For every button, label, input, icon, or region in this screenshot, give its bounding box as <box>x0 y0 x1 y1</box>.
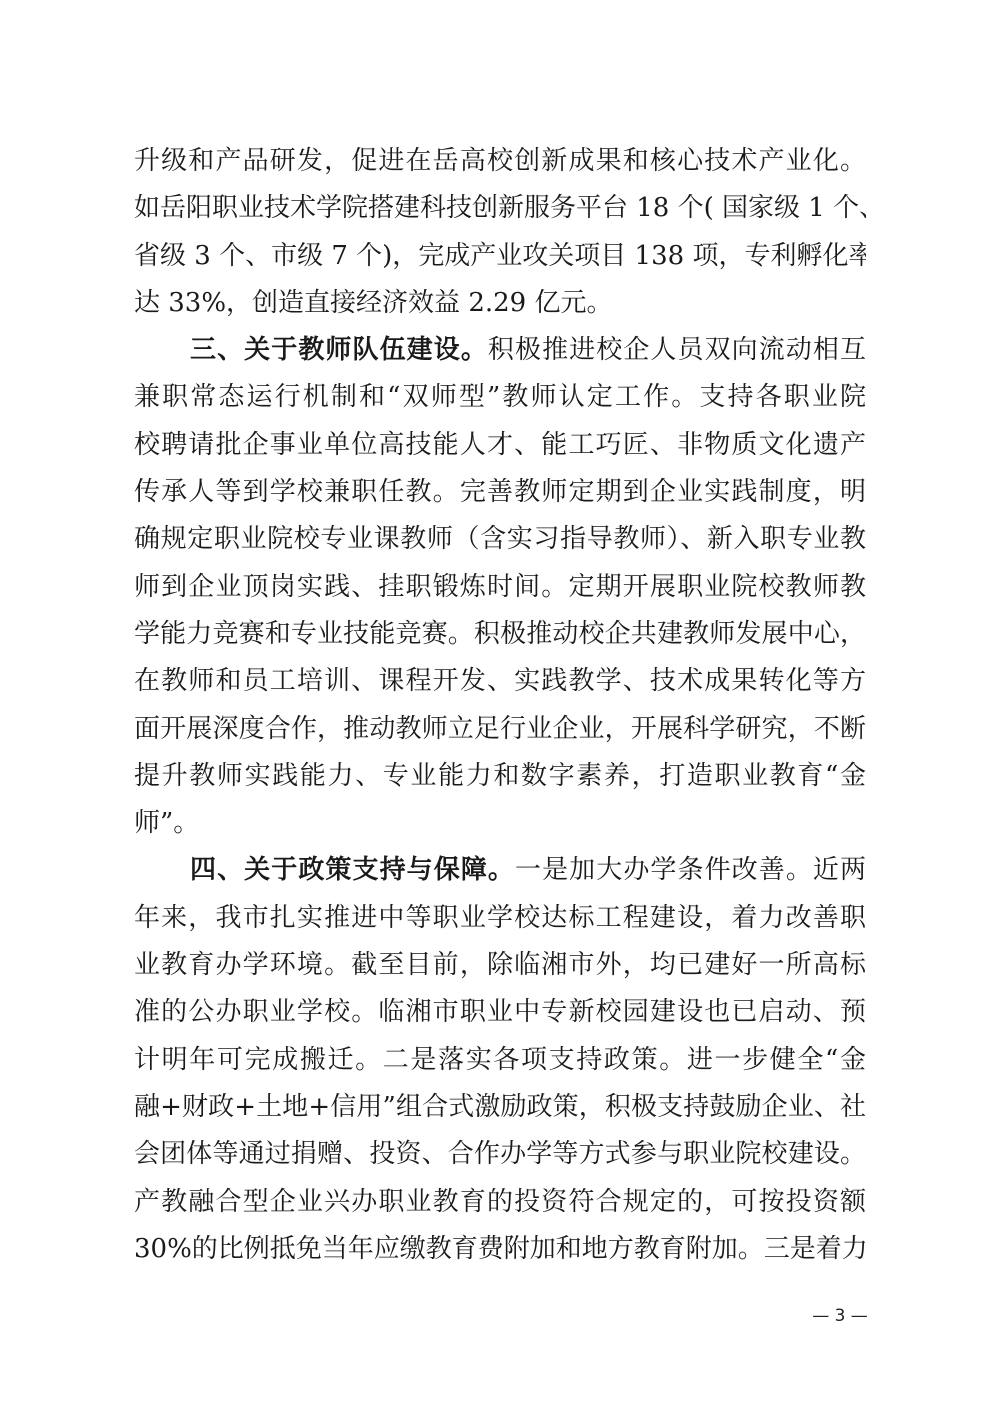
text-run: 积极推进校企人员双向流动相互 <box>488 335 866 365</box>
text-line: 计明年可完成搬迁。二是落实各项支持政策。进一步健全“金 <box>134 1037 866 1084</box>
text-line: 升级和产品研发，促进在岳高校创新成果和核心技术产业化。 <box>134 138 866 185</box>
section-heading: 四、关于政策支持与保障。 <box>190 855 515 885</box>
text-line: 会团体等通过捐赠、投资、合作办学等方式参与职业院校建设。 <box>134 1131 866 1178</box>
text-line: 确规定职业院校专业课教师（含实习指导教师）、新入职专业教 <box>134 516 866 563</box>
page-number: — 3 — <box>800 1306 880 1326</box>
text-line: 准的公办职业学校。临湘市职业中专新校园建设也已启动、预 <box>134 989 866 1036</box>
text-line: 传承人等到学校兼职任教。完善教师定期到企业实践制度，明 <box>134 469 866 516</box>
text-run: 一是加大办学条件改善。近两 <box>515 855 866 885</box>
text-line: 校聘请批企事业单位高技能人才、能工巧匠、非物质文化遗产 <box>134 422 866 469</box>
text-line: 师到企业顶岗实践、挂职锻炼时间。定期开展职业院校教师教 <box>134 564 866 611</box>
document-page: 升级和产品研发，促进在岳高校创新成果和核心技术产业化。 如岳阳职业技术学院搭建科… <box>0 0 1000 1414</box>
text-line: 师”。 <box>134 800 866 847</box>
text-line: 30%的比例抵免当年应缴教育费附加和地方教育附加。三是着力 <box>134 1226 866 1273</box>
text-line: 面开展深度合作，推动教师立足行业企业，开展科学研究，不断 <box>134 706 866 753</box>
section-heading-line: 四、关于政策支持与保障。一是加大办学条件改善。近两 <box>134 847 866 894</box>
text-line: 在教师和员工培训、课程开发、实践教学、技术成果转化等方 <box>134 658 866 705</box>
text-line: 学能力竞赛和专业技能竞赛。积极推动校企共建教师发展中心， <box>134 611 866 658</box>
text-line: 年来，我市扎实推进中等职业学校达标工程建设，着力改善职 <box>134 895 866 942</box>
text-line: 如岳阳职业技术学院搭建科技创新服务平台 18 个( 国家级 1 个、 <box>134 185 866 232</box>
text-line: 产教融合型企业兴办职业教育的投资符合规定的，可按投资额 <box>134 1179 866 1226</box>
text-line: 兼职常态运行机制和“双师型”教师认定工作。支持各职业院 <box>134 374 866 421</box>
text-line: 达 33%，创造直接经济效益 2.29 亿元。 <box>134 280 866 327</box>
text-line: 融+财政+土地+信用”组合式激励政策，积极支持鼓励企业、社 <box>134 1084 866 1131</box>
text-line: 提升教师实践能力、专业能力和数字素养，打造职业教育“金 <box>134 753 866 800</box>
document-body: 升级和产品研发，促进在岳高校创新成果和核心技术产业化。 如岳阳职业技术学院搭建科… <box>134 138 866 1273</box>
section-heading: 三、关于教师队伍建设。 <box>190 335 488 365</box>
section-heading-line: 三、关于教师队伍建设。积极推进校企人员双向流动相互 <box>134 327 866 374</box>
text-line: 省级 3 个、市级 7 个)，完成产业攻关项目 138 项，专利孵化率 <box>134 233 866 280</box>
text-line: 业教育办学环境。截至目前，除临湘市外，均已建好一所高标 <box>134 942 866 989</box>
